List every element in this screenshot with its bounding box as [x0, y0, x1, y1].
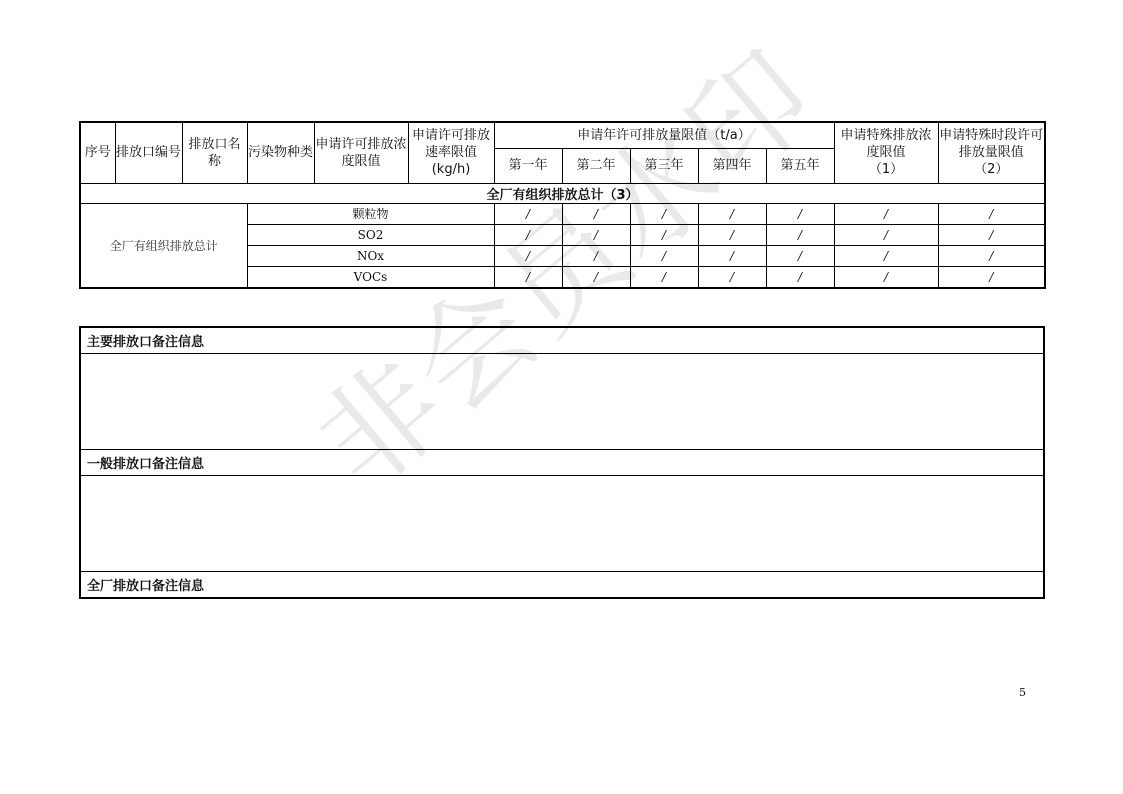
- notes-table: 主要排放口备注信息 一般排放口备注信息 全厂排放口备注信息: [79, 326, 1045, 599]
- value-cell: /: [938, 245, 1045, 266]
- header-rate-limit: 申请许可排放速率限值 (kg/h): [408, 122, 494, 183]
- header-outlet-code: 排放口编号: [115, 122, 182, 183]
- value-cell: /: [562, 224, 630, 245]
- value-cell: /: [494, 245, 562, 266]
- header-special-conc-label: 申请特殊排放浓度限值: [835, 127, 938, 161]
- header-special-period: 申请特殊时段许可排放量限值 （2）: [938, 122, 1045, 183]
- section-title: 全厂有组织排放总计（3）: [80, 183, 1045, 203]
- value-cell: /: [562, 266, 630, 288]
- general-outlet-notes-label: 一般排放口备注信息: [80, 450, 1044, 476]
- value-cell: /: [630, 203, 698, 224]
- value-cell: /: [698, 224, 766, 245]
- value-cell: /: [766, 224, 834, 245]
- header-year-3: 第三年: [630, 148, 698, 183]
- header-year-4: 第四年: [698, 148, 766, 183]
- value-cell: /: [698, 245, 766, 266]
- pollutant-cell: 颗粒物: [247, 203, 494, 224]
- header-year-1: 第一年: [494, 148, 562, 183]
- value-cell: /: [494, 203, 562, 224]
- header-seq: 序号: [80, 122, 115, 183]
- value-cell: /: [834, 224, 938, 245]
- value-cell: /: [766, 245, 834, 266]
- header-rate-unit: (kg/h): [409, 161, 494, 178]
- value-cell: /: [766, 266, 834, 288]
- header-pollutant: 污染物种类: [247, 122, 314, 183]
- plant-outlet-notes-label: 全厂排放口备注信息: [80, 572, 1044, 599]
- header-conc-limit: 申请许可排放浓度限值: [314, 122, 408, 183]
- pollutant-cell: VOCs: [247, 266, 494, 288]
- header-annual-limit: 申请年许可排放量限值（t/a）: [494, 122, 834, 148]
- value-cell: /: [938, 266, 1045, 288]
- value-cell: /: [766, 203, 834, 224]
- group-label: 全厂有组织排放总计: [80, 203, 247, 288]
- value-cell: /: [630, 266, 698, 288]
- value-cell: /: [698, 203, 766, 224]
- value-cell: /: [834, 266, 938, 288]
- pollutant-cell: SO2: [247, 224, 494, 245]
- pollutant-cell: NOx: [247, 245, 494, 266]
- value-cell: /: [938, 203, 1045, 224]
- header-year-2: 第二年: [562, 148, 630, 183]
- page-number: 5: [1019, 686, 1026, 699]
- header-rate-limit-label: 申请许可排放速率限值: [409, 127, 494, 161]
- header-special-period-label: 申请特殊时段许可排放量限值: [939, 127, 1045, 161]
- header-year-5: 第五年: [766, 148, 834, 183]
- main-outlet-notes-field[interactable]: [80, 354, 1044, 450]
- table-row: 全厂有组织排放总计颗粒物///////: [80, 203, 1045, 224]
- header-special-conc-note: （1）: [835, 161, 938, 178]
- value-cell: /: [562, 245, 630, 266]
- header-special-conc: 申请特殊排放浓度限值 （1）: [834, 122, 938, 183]
- value-cell: /: [834, 245, 938, 266]
- value-cell: /: [938, 224, 1045, 245]
- value-cell: /: [698, 266, 766, 288]
- header-special-period-note: （2）: [939, 161, 1045, 178]
- value-cell: /: [630, 224, 698, 245]
- general-outlet-notes-field[interactable]: [80, 476, 1044, 572]
- value-cell: /: [494, 266, 562, 288]
- main-outlet-notes-label: 主要排放口备注信息: [80, 327, 1044, 354]
- value-cell: /: [562, 203, 630, 224]
- emission-limits-table: 序号 排放口编号 排放口名称 污染物种类 申请许可排放浓度限值 申请许可排放速率…: [79, 121, 1046, 289]
- value-cell: /: [494, 224, 562, 245]
- value-cell: /: [834, 203, 938, 224]
- header-outlet-name: 排放口名称: [182, 122, 247, 183]
- value-cell: /: [630, 245, 698, 266]
